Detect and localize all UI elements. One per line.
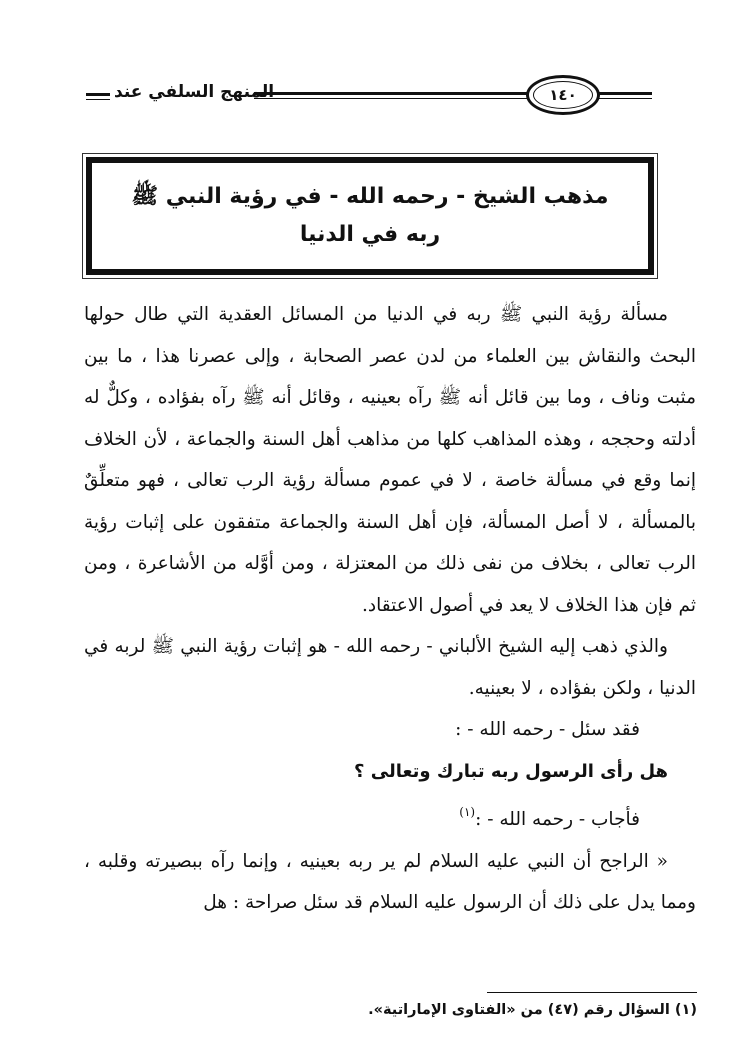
asked-intro: فقد سئل - رحمه الله - : <box>84 709 696 751</box>
paragraph-albani-view: والذي ذهب إليه الشيخ الألباني - رحمه الل… <box>84 626 696 709</box>
header-rule-left <box>86 93 110 100</box>
footnote-ref: (١) <box>459 805 475 819</box>
page-number: ١٤٠ <box>533 81 593 109</box>
paragraph-intro: مسألة رؤية النبي ﷺ ربه في الدنيا من المس… <box>84 294 696 626</box>
footnote-1: (١) السؤال رقم (٤٧) من «الفتاوى الإمارات… <box>368 1002 697 1018</box>
question: هل رأى الرسول ربه تبارك وتعالى ؟ <box>84 751 696 793</box>
section-heading-frame: مذهب الشيخ - رحمه الله - في رؤية النبي ﷺ… <box>82 153 658 279</box>
body-text: مسألة رؤية النبي ﷺ ربه في الدنيا من المس… <box>84 294 696 924</box>
running-header: المنهج السلفي عند ١٤٠ <box>86 74 686 114</box>
header-rule-right <box>602 92 652 99</box>
running-title: المنهج السلفي عند <box>114 82 274 102</box>
section-heading-line-2: ربه في الدنيا <box>300 216 440 254</box>
answer-intro: فأجاب - رحمه الله - : <box>475 809 640 830</box>
page-number-badge: ١٤٠ <box>526 75 600 115</box>
book-page: المنهج السلفي عند ١٤٠ مذهب الشيخ - رحمه … <box>0 0 745 1064</box>
answer-intro-line: فأجاب - رحمه الله - :(١) <box>84 792 696 841</box>
answer-quote: « الراجح أن النبي عليه السلام لم ير ربه … <box>84 841 696 924</box>
section-heading-line-1: مذهب الشيخ - رحمه الله - في رؤية النبي ﷺ <box>131 178 608 216</box>
section-heading-box: مذهب الشيخ - رحمه الله - في رؤية النبي ﷺ… <box>86 157 654 275</box>
footnote-divider <box>487 992 697 993</box>
